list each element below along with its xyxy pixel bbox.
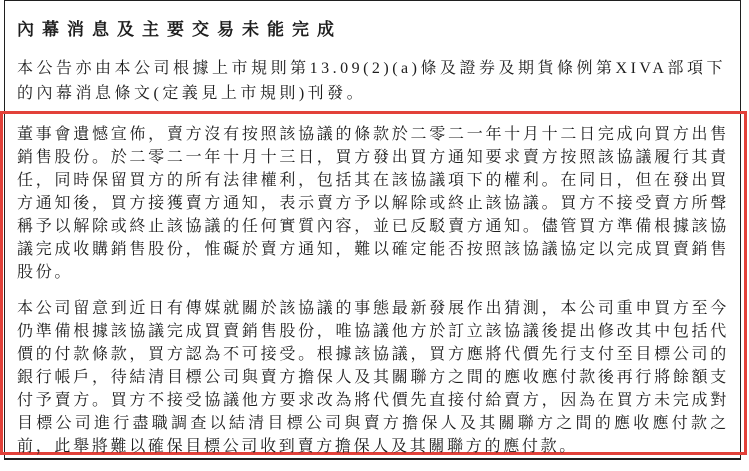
red-highlight-box: 董事會遺憾宣佈，賣方沒有按照該協議的條款於二零二一年十月十二日完成向買方出售銷售… [0, 111, 747, 455]
highlight-paragraph-1: 董事會遺憾宣佈，賣方沒有按照該協議的條款於二零二一年十月十二日完成向買方出售銷售… [17, 123, 729, 284]
intro-paragraph: 本公告亦由本公司根據上市規則第13.09(2)(a)條及證券及期貨條例第XIVA… [17, 56, 726, 106]
highlight-paragraph-2: 本公司留意到近日有傳媒就關於該協議的事態最新發展作出猜測，本公司重申買方至今仍準… [17, 297, 729, 458]
section-heading: 內幕消息及主要交易未能完成 [17, 15, 728, 40]
